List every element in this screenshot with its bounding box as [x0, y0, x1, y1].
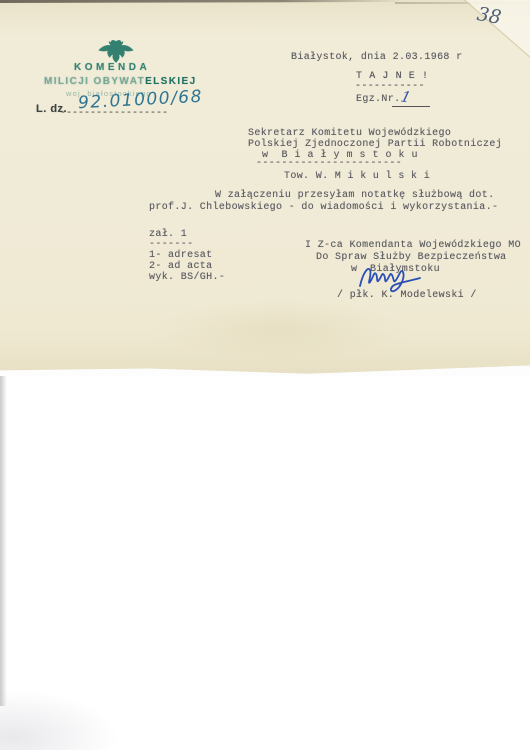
- attachment-underline: -------: [149, 239, 193, 250]
- addressee-line-1: Sekretarz Komitetu Wojewódzkiego: [248, 128, 451, 139]
- dateline: Białystok, dnia 2.03.1968 r: [291, 52, 462, 63]
- distribution-item-1: 1- adresat: [149, 250, 213, 261]
- page-edge-shadow: [0, 376, 7, 706]
- classification-underline: -----------: [355, 81, 425, 92]
- copy-number-underline: [392, 106, 430, 107]
- addressee-line-2: Polskiej Zjednoczonej Partii Robotniczej: [248, 139, 502, 150]
- signer-title-line-1: I Z-ca Komendanta Wojewódzkiego MO: [305, 240, 521, 251]
- archive-page-number: 38: [475, 3, 503, 29]
- copy-number-label: Egz.Nr.: [356, 94, 400, 105]
- typist-initials: wyk. BS/GH.-: [149, 272, 225, 283]
- signer-name-line: / płk. K. Modelewski /: [337, 290, 477, 301]
- stamp-line-komenda: KOMENDA: [74, 62, 150, 73]
- attention-line: Tow. W. M i k u l s k i: [284, 171, 430, 182]
- body-line-2: prof.J. Chlebowskiego - do wiadomości i …: [149, 202, 498, 213]
- stamp-text-faded: MILICJI OBYWAT: [44, 76, 145, 87]
- stamp-text-strong: ELSKIEJ: [145, 76, 196, 87]
- scan-smudge: [0, 690, 120, 750]
- paper-stain: [150, 300, 410, 360]
- stamp-line-milicji: MILICJI OBYWATELSKIEJ: [44, 76, 197, 87]
- addressee-city-underline: -----------------------: [256, 158, 402, 169]
- distribution-item-2: 2- ad acta: [149, 261, 213, 272]
- scanned-document: 38 KOMENDA MILICJI OBYWATELSKIEJ woj. bi…: [0, 0, 530, 750]
- handwritten-signature: [355, 259, 425, 294]
- body-line-1: W załączeniu przesyłam notatkę służbową …: [215, 190, 494, 201]
